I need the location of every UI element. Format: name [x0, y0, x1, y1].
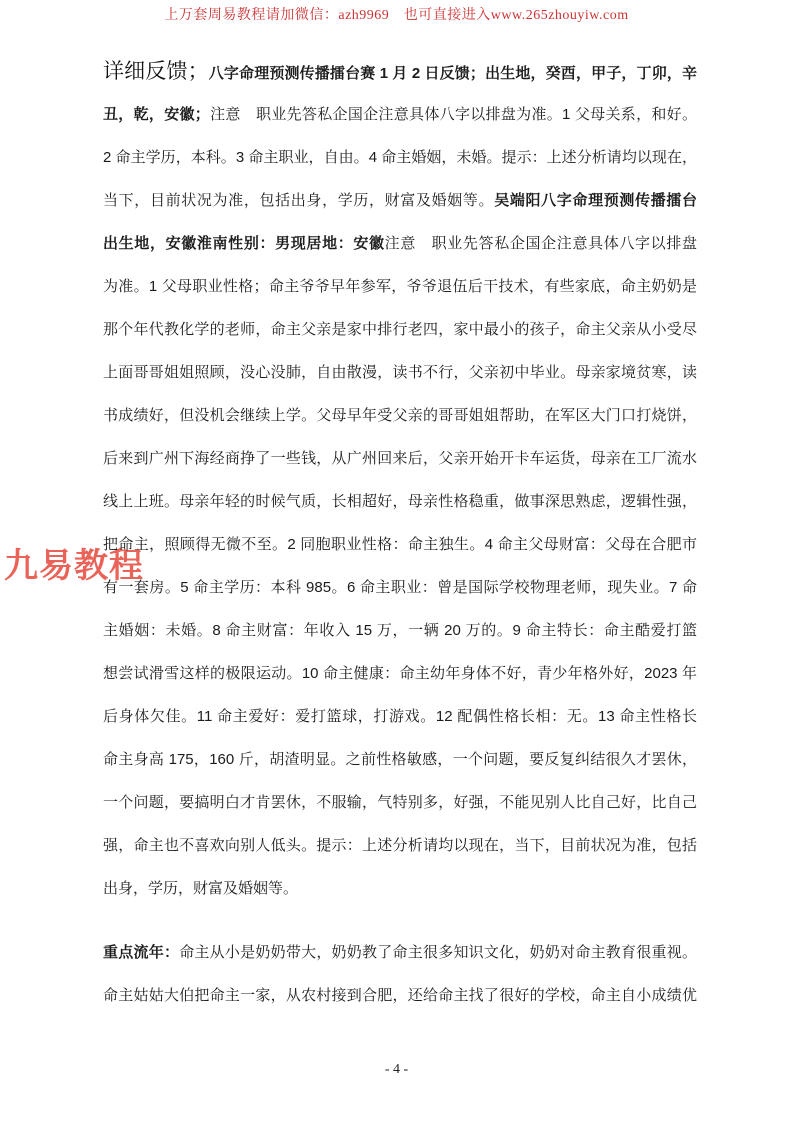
- text-run: 后身体欠佳。11 命主爱好：爱打篮球，打游戏。12 配偶性格长相：无。13 命主…: [103, 708, 697, 738]
- text-line: 详细反馈；八字命理预测传播擂台赛 1 月 2 日反馈；出生地，癸酉，甲子，丁卯，…: [103, 50, 697, 93]
- text-run: 把命主，照顾得无微不至。2 同胞职业性格：命主独生。4 命主父母财富：父母在合肥…: [103, 536, 697, 553]
- text-line: 那个年代教化学的老师，命主父亲是家中排行老四，家中最小的孩子，命主父亲从小受尽: [103, 308, 697, 351]
- text-line: 2 命主学历，本科。3 命主职业，自由。4 命主婚姻，未婚。提示：上述分析请均以…: [103, 136, 697, 179]
- bold-text-run: 丑，乾，安徽；: [103, 106, 210, 123]
- text-run: 一个问题，要搞明白才肯罢休，不服输，气特别多，好强，不能见别人比自己好，比自己: [103, 794, 697, 811]
- text-line: 出生地，安徽淮南性别：男现居地：安徽注意 职业先答私企国企注意具体八字以排盘: [103, 222, 697, 265]
- document-body: 详细反馈；八字命理预测传播擂台赛 1 月 2 日反馈；出生地，癸酉，甲子，丁卯，…: [103, 50, 697, 1017]
- page-number: - 4 -: [0, 1062, 793, 1078]
- text-line: 线上上班。母亲年轻的时候气质，长相超好，母亲性格稳重，做事深思熟虑，逻辑性强，: [103, 480, 697, 523]
- section-heading: 详细反馈；: [103, 59, 209, 83]
- text-run: 后来到广州下海经商挣了一些钱，从广州回来后，父亲开始开卡车运货，母亲在工厂流水: [103, 450, 697, 467]
- bold-text-run: 重点流年：: [103, 944, 179, 961]
- text-run: 有一套房。5 命主学历：本科 985。6 命主职业：曾是国际学校物理老师，现失业…: [103, 579, 697, 596]
- text-line: 当下，目前状况为准，包括出身，学历，财富及婚姻等。吴端阳八字命理预测传播擂台赛；: [103, 179, 697, 222]
- text-line: 主婚姻：未婚。8 命主财富：年收入 15 万，一辆 20 万的。9 命主特长：命…: [103, 609, 697, 652]
- text-line: 强，命主也不喜欢向别人低头。提示：上述分析请均以现在，当下，目前状况为准，包括: [103, 824, 697, 867]
- promo-header-notice: 上万套周易教程请加微信：azh9969 也可直接进入www.265zhouyiw…: [0, 4, 793, 24]
- text-run: 强，命主也不喜欢向别人低头。提示：上述分析请均以现在，当下，目前状况为准，包括: [103, 837, 697, 854]
- text-run: 出身，学历，财富及婚姻等。: [103, 880, 298, 897]
- text-run: 上面哥哥姐姐照顾，没心没肺，自由散漫，读书不行，父亲初中毕业。母亲家境贫寒，读: [103, 364, 697, 381]
- text-line: 书成绩好，但没机会继续上学。父母早年受父亲的哥哥姐姐帮助，在军区大门口打烧饼，: [103, 394, 697, 437]
- text-line: 命主身高 175，160 斤，胡渣明显。之前性格敏感，一个问题，要反复纠结很久才…: [103, 738, 697, 781]
- text-run: 命主身高 175，160 斤，胡渣明显。之前性格敏感，一个问题，要反复纠结很久才…: [103, 751, 697, 768]
- text-line: 丑，乾，安徽；注意 职业先答私企国企注意具体八字以排盘为准。1 父母关系，和好。: [103, 93, 697, 136]
- text-line: 后身体欠佳。11 命主爱好：爱打篮球，打游戏。12 配偶性格长相：无。13 命主…: [103, 695, 697, 738]
- text-line: 重点流年：命主从小是奶奶带大，奶奶教了命主很多知识文化，奶奶对命主教育很重视。: [103, 931, 697, 974]
- bold-text-run: 八字命理预测传播擂台赛 1 月 2 日反馈；出生地，癸酉，甲子，丁卯，辛: [209, 65, 697, 82]
- text-run: 命主从小是奶奶带大，奶奶教了命主很多知识文化，奶奶对命主教育很重视。: [179, 944, 697, 961]
- paragraph: 重点流年：命主从小是奶奶带大，奶奶教了命主很多知识文化，奶奶对命主教育很重视。命…: [103, 931, 697, 1017]
- text-run: 注意 职业先答私企国企注意具体八字以排盘: [385, 235, 697, 252]
- text-run: 线上上班。母亲年轻的时候气质，长相超好，母亲性格稳重，做事深思熟虑，逻辑性强，: [103, 493, 697, 510]
- bold-text-run: 出生地，安徽淮南性别：男现居地：安徽: [103, 235, 385, 252]
- text-line: 命主姑姑大伯把命主一家，从农村接到合肥，还给命主找了很好的学校，命主自小成绩优: [103, 974, 697, 1017]
- text-run: 命主姑姑大伯把命主一家，从农村接到合肥，还给命主找了很好的学校，命主自小成绩优: [103, 987, 697, 1004]
- text-run: 想尝试滑雪这样的极限运动。10 命主健康：命主幼年身体不好，青少年格外好，202…: [103, 665, 697, 682]
- text-line: 后来到广州下海经商挣了一些钱，从广州回来后，父亲开始开卡车运货，母亲在工厂流水: [103, 437, 697, 480]
- paragraph: 详细反馈；八字命理预测传播擂台赛 1 月 2 日反馈；出生地，癸酉，甲子，丁卯，…: [103, 50, 697, 910]
- text-line: 出身，学历，财富及婚姻等。: [103, 867, 697, 910]
- text-run: 2 命主学历，本科。3 命主职业，自由。4 命主婚姻，未婚。提示：上述分析请均以…: [103, 149, 697, 166]
- text-run: 主婚姻：未婚。8 命主财富：年收入 15 万，一辆 20 万的。9 命主特长：命…: [103, 622, 697, 652]
- text-run: 为准。1 父母职业性格；命主爷爷早年参军，爷爷退伍后干技术，有些家底，命主奶奶是: [103, 278, 697, 295]
- text-run: 当下，目前状况为准，包括出身，学历，财富及婚姻等。: [103, 192, 494, 209]
- text-line: 为准。1 父母职业性格；命主爷爷早年参军，爷爷退伍后干技术，有些家底，命主奶奶是: [103, 265, 697, 308]
- text-run: 注意 职业先答私企国企注意具体八字以排盘为准。1 父母关系，和好。: [210, 106, 697, 123]
- text-run: 书成绩好，但没机会继续上学。父母早年受父亲的哥哥姐姐帮助，在军区大门口打烧饼，: [103, 407, 697, 424]
- text-line: 把命主，照顾得无微不至。2 同胞职业性格：命主独生。4 命主父母财富：父母在合肥…: [103, 523, 697, 566]
- text-line: 上面哥哥姐姐照顾，没心没肺，自由散漫，读书不行，父亲初中毕业。母亲家境贫寒，读: [103, 351, 697, 394]
- text-line: 有一套房。5 命主学历：本科 985。6 命主职业：曾是国际学校物理老师，现失业…: [103, 566, 697, 609]
- text-run: 那个年代教化学的老师，命主父亲是家中排行老四，家中最小的孩子，命主父亲从小受尽: [103, 321, 697, 338]
- text-line: 一个问题，要搞明白才肯罢休，不服输，气特别多，好强，不能见别人比自己好，比自己: [103, 781, 697, 824]
- text-line: 想尝试滑雪这样的极限运动。10 命主健康：命主幼年身体不好，青少年格外好，202…: [103, 652, 697, 695]
